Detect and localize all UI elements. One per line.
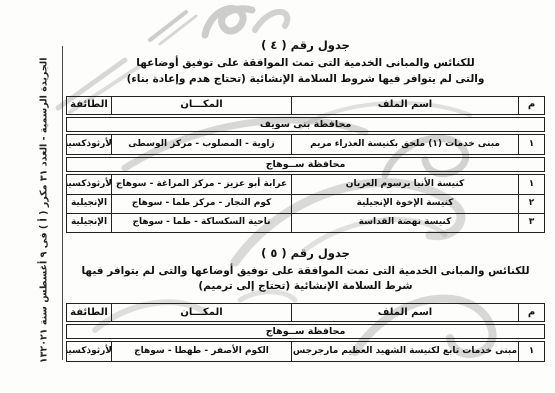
cell-sect: الإنجيلية [67,195,111,213]
cell-sect: الأرثوذكسية [67,175,111,194]
table4: م اسم الملف المكـــان الطائفة محافظة بنى… [66,96,545,233]
cell-num: ٢ [518,195,544,213]
col-header-sect: الطائفة [67,97,111,114]
table-row: ٢ كنيسة الإخوة الإنجيلية كوم النجار - مر… [67,194,544,213]
watermark-stroke [150,12,186,40]
cell-file: مبنى خدمات تابع لكنيسة الشهيد العظيم مار… [291,342,518,361]
cell-num: ٣ [518,214,544,232]
table-row: ١ مبنى خدمات (١) ملحق بكنيسة العذراء مري… [67,135,544,154]
cell-file: كنيسة الأنبا برسوم العريان [291,175,518,194]
cell-num: ١ [518,175,544,194]
cell-place: ناحية السكساكة - طما - سوهاج [111,214,291,232]
table4-rows-sohag: ١ كنيسة الأنبا برسوم العريان عرابة أبو ع… [66,174,545,233]
cell-file: مبنى خدمات (١) ملحق بكنيسة العذراء مريم [291,135,518,154]
page-number: ١٣ [39,352,50,364]
table5-subtitle-1: للكنائس والمبانى الخدمية التى تمت المواف… [66,264,545,296]
table4-rows-benisuef: ١ مبنى خدمات (١) ملحق بكنيسة العذراء مري… [66,134,545,155]
cell-place: عرابة أبو عزيز - مركز المراغة - سوهاج [111,175,291,194]
cell-file: كنيسة الإخوة الإنجيلية [291,195,518,213]
col-header-file: اسم الملف [291,97,518,114]
col-header-sect: الطائفة [67,304,111,321]
cell-num: ١ [518,135,544,154]
col-header-file: اسم الملف [291,304,518,321]
col-header-place: المكـــان [111,97,291,114]
cell-place: الكوم الأصفر - طهطا - سوهاج [111,342,291,361]
issue-sidebar: الجريدة الرسمية - العدد ٣١ مكرر ( أ ) فى… [37,58,52,348]
cell-sect: الإنجيلية [67,214,111,232]
gazette-page: الجريدة الرسمية - العدد ٣١ مكرر ( أ ) فى… [0,0,555,393]
col-header-num: م [518,97,544,114]
table-row: ٣ كنيسة نهضة القداسة ناحية السكساكة - طم… [67,213,544,232]
governorate-row: محافظة ســوهاج [66,324,545,339]
cell-sect: الأرثوذكسية [67,342,111,361]
watermark-stroke [255,12,287,30]
watermark-stroke [205,9,252,35]
content: جدول رقم ( ٤ ) للكنائس والمبانى الخدمية … [66,38,545,364]
table4-header-row: م اسم الملف المكـــان الطائفة [66,96,545,115]
table4-subtitle-1: للكنائس والمبانى الخدمية التى تمت المواف… [66,56,545,72]
table4-title: جدول رقم ( ٤ ) [66,38,545,52]
table5-header-row: م اسم الملف المكـــان الطائفة [66,303,545,322]
cell-sect: الأرثوذكسية [67,135,111,154]
issue-info: الجريدة الرسمية - العدد ٣١ مكرر ( أ ) فى… [39,58,50,352]
governorate-row: محافظة ســوهاج [66,157,545,172]
table-row: ١ مبنى خدمات تابع لكنيسة الشهيد العظيم م… [67,342,544,361]
cell-num: ١ [518,342,544,361]
governorate-row: محافظة بنى سويف [66,117,545,132]
table5-title: جدول رقم ( ٥ ) [66,246,545,260]
cell-file: كنيسة نهضة القداسة [291,214,518,232]
cell-place: كوم النجار - مركز طما - سوهاج [111,195,291,213]
table5: م اسم الملف المكـــان الطائفة محافظة ســ… [66,303,545,362]
margin-rule [62,46,63,360]
col-header-num: م [518,304,544,321]
table5-rows-sohag: ١ مبنى خدمات تابع لكنيسة الشهيد العظيم م… [66,341,545,362]
table4-subtitle-2: والتى لم يتوافر فيها شروط السلامة الإنشا… [66,72,545,88]
col-header-place: المكـــان [111,304,291,321]
cell-place: زاوية - المصلوب - مركز الوسطى [111,135,291,154]
table-row: ١ كنيسة الأنبا برسوم العريان عرابة أبو ع… [67,175,544,194]
